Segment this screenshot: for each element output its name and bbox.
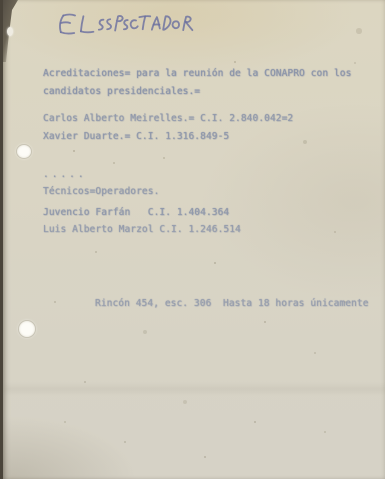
hole-punch-bottom [19, 321, 35, 337]
typed-separator-dots: ..... [43, 169, 87, 180]
typed-line-technician-2: Luis Alberto Marzol C.I. 1.246.514 [43, 224, 241, 235]
typed-section-heading: Técnicos=Operadores. [43, 186, 159, 197]
typed-footer-note: Rincón 454, esc. 306 Hasta 18 horas únic… [95, 298, 369, 309]
handwritten-title-scribble [55, 12, 197, 39]
typed-line-intro-1: Acreditaciones= para la reunión de la CO… [43, 68, 351, 79]
typed-line-accredited-2: Xavier Duarte.= C.I. 1.316.849-5 [43, 131, 229, 142]
paper-sheet: EL ESPECTADOR Acreditaciones= para la re… [3, 0, 385, 479]
paper-tonal-band [3, 382, 385, 396]
paper-speckles [3, 0, 5, 2]
typed-line-intro-2: candidatos presidenciales.= [43, 86, 200, 97]
scanned-document: EL ESPECTADOR Acreditaciones= para la re… [0, 0, 385, 479]
typed-line-accredited-1: Carlos Alberto Meirelles.= C.I. 2.840.04… [43, 113, 293, 124]
paper-tear-chip [7, 27, 13, 36]
typed-line-technician-1: Juvencio Farfán C.I. 1.404.364 [43, 207, 229, 218]
hole-punch-top [17, 145, 31, 158]
